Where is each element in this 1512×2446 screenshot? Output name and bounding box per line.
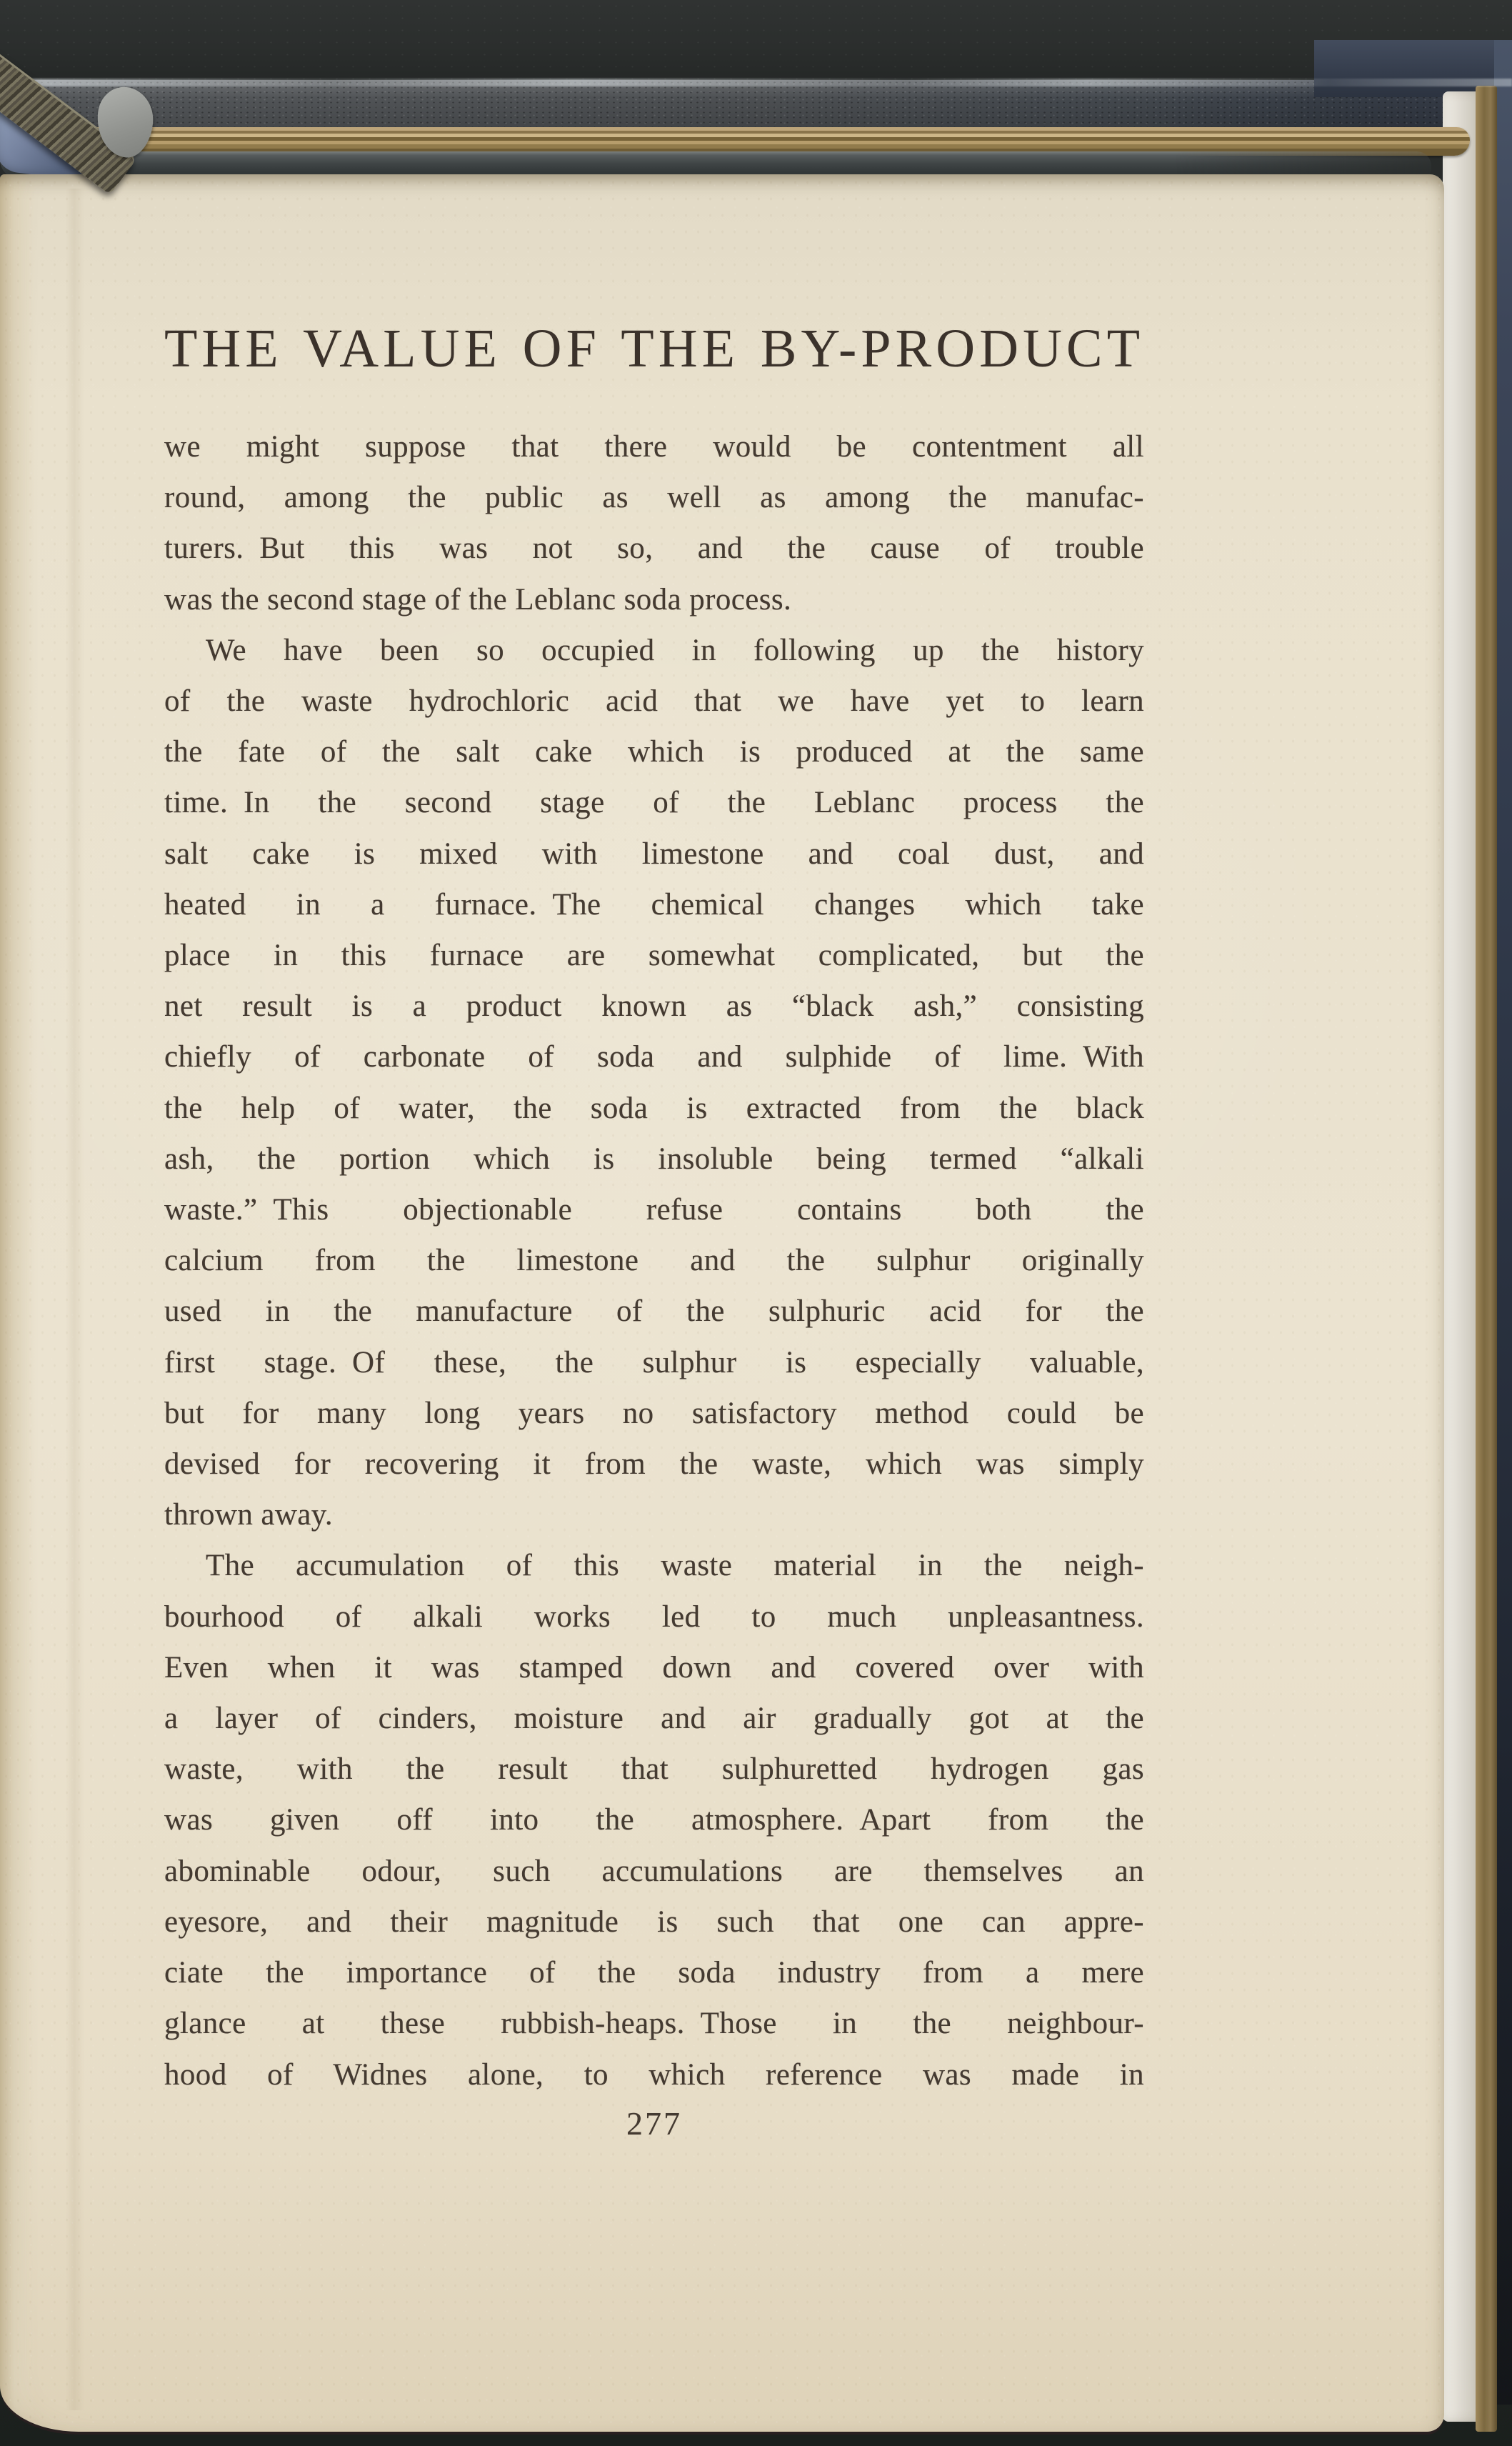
text-line: ciate the importance of the soda industr… bbox=[164, 1947, 1144, 1998]
text-line: devised for recovering it from the waste… bbox=[164, 1439, 1144, 1489]
text-line: of the waste hydrochloric acid that we h… bbox=[164, 676, 1144, 727]
text-line: salt cake is mixed with limestone and co… bbox=[164, 829, 1144, 879]
text-line: the help of water, the soda is extracted… bbox=[164, 1083, 1144, 1134]
text-line: thrown away. bbox=[164, 1489, 1144, 1540]
text-line: round, among the public as well as among… bbox=[164, 472, 1144, 523]
text-line: first stage. Of these, the sulphur is es… bbox=[164, 1337, 1144, 1388]
text-line: a layer of cinders, moisture and air gra… bbox=[164, 1693, 1144, 1744]
text-line: waste.” This objectionable refuse contai… bbox=[164, 1184, 1144, 1235]
text-line: Even when it was stamped down and covere… bbox=[164, 1642, 1144, 1693]
text-line: ash, the portion which is insoluble bein… bbox=[164, 1134, 1144, 1184]
page-block-fore-edge bbox=[1476, 86, 1497, 2432]
page-number: 277 bbox=[164, 2105, 1144, 2143]
text-line: used in the manufacture of the sulphuric… bbox=[164, 1286, 1144, 1337]
scanned-book-photo: THE VALUE OF THE BY-PRODUCT we might sup… bbox=[0, 0, 1512, 2446]
text-line: We have been so occupied in following up… bbox=[164, 625, 1144, 676]
text-line: net result is a product known as “black … bbox=[164, 981, 1144, 1032]
text-line: chiefly of carbonate of soda and sulphid… bbox=[164, 1032, 1144, 1082]
text-line: place in this furnace are somewhat compl… bbox=[164, 930, 1144, 981]
text-block: THE VALUE OF THE BY-PRODUCT we might sup… bbox=[164, 321, 1144, 2143]
text-line: hood of Widnes alone, to which reference… bbox=[164, 2050, 1144, 2100]
text-line: bourhood of alkali works led to much unp… bbox=[164, 1592, 1144, 1642]
book-page: THE VALUE OF THE BY-PRODUCT we might sup… bbox=[0, 174, 1444, 2432]
text-line: but for many long years no satisfactory … bbox=[164, 1388, 1144, 1439]
page-title: THE VALUE OF THE BY-PRODUCT bbox=[164, 321, 1144, 376]
book-cover-top bbox=[0, 0, 1512, 86]
text-line: heated in a furnace. The chemical change… bbox=[164, 879, 1144, 930]
text-line: we might suppose that there would be con… bbox=[164, 421, 1144, 472]
text-line: turers. But this was not so, and the cau… bbox=[164, 523, 1144, 574]
text-line: waste, with the result that sulphuretted… bbox=[164, 1744, 1144, 1794]
cover-edge-highlight bbox=[0, 79, 1512, 86]
text-line: was the second stage of the Leblanc soda… bbox=[164, 574, 1144, 625]
text-line: the fate of the salt cake which is produ… bbox=[164, 727, 1144, 777]
body-text: we might suppose that there would be con… bbox=[164, 421, 1144, 2100]
text-line: eyesore, and their magnitude is such tha… bbox=[164, 1897, 1144, 1947]
page-crease bbox=[66, 189, 84, 2410]
text-line: The accumulation of this waste material … bbox=[164, 1540, 1144, 1591]
text-line: glance at these rubbish-heaps. Those in … bbox=[164, 1998, 1144, 2049]
text-line: was given off into the atmosphere. Apart… bbox=[164, 1794, 1144, 1845]
text-line: abominable odour, such accumulations are… bbox=[164, 1846, 1144, 1897]
text-line: time. In the second stage of the Leblanc… bbox=[164, 777, 1144, 828]
text-line: calcium from the limestone and the sulph… bbox=[164, 1235, 1144, 1286]
